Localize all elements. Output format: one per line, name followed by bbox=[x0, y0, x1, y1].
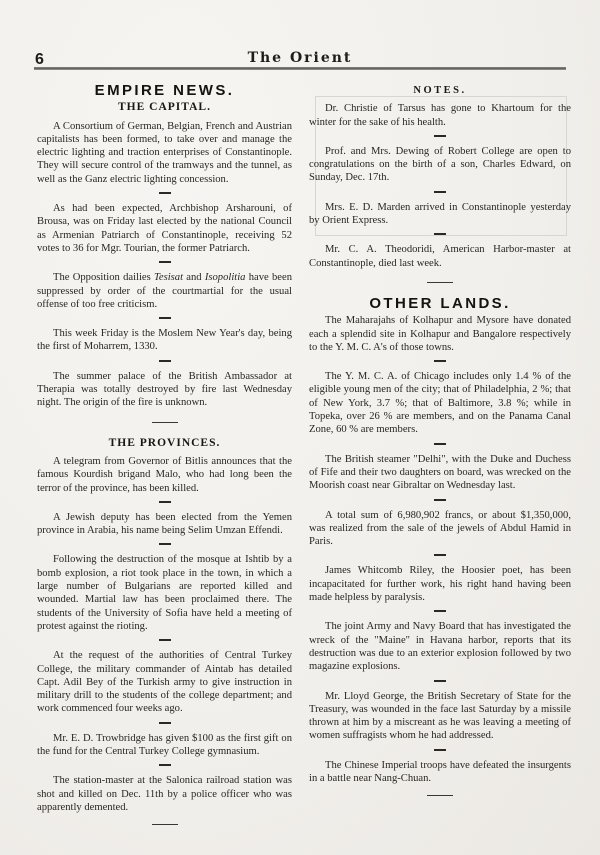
other-lands-items: The Maharajahs of Kolhapur and Mysore ha… bbox=[309, 314, 571, 785]
newspaper-page: 6 The Orient EMPIRE NEWS. THE CAPITAL. A… bbox=[0, 0, 600, 855]
notes-items: Dr. Christie of Tarsus has gone to Khart… bbox=[309, 102, 571, 270]
article-separator bbox=[159, 543, 171, 545]
section-title-other-lands: OTHER LANDS. bbox=[309, 297, 571, 310]
article-separator bbox=[159, 764, 171, 766]
article-separator bbox=[159, 261, 171, 263]
subsection-title-capital: THE CAPITAL. bbox=[37, 101, 292, 114]
left-column: EMPIRE NEWS. THE CAPITAL. A Consortium o… bbox=[37, 84, 292, 839]
article-separator bbox=[434, 135, 446, 137]
article-separator bbox=[434, 680, 446, 682]
article-separator bbox=[159, 192, 171, 194]
news-item: Mr. E. D. Trowbridge has given $100 as t… bbox=[37, 732, 292, 759]
article-separator bbox=[159, 722, 171, 724]
news-item: Prof. and Mrs. Dewing of Robert College … bbox=[309, 145, 571, 185]
section-end-rule bbox=[427, 282, 453, 283]
news-item: The summer palace of the British Ambassa… bbox=[37, 370, 292, 410]
news-item: Following the destruction of the mosque … bbox=[37, 553, 292, 633]
masthead-title: The Orient bbox=[0, 50, 600, 66]
news-item: A total sum of 6,980,902 francs, or abou… bbox=[309, 509, 571, 549]
news-item: The station-master at the Salonica railr… bbox=[37, 774, 292, 814]
article-separator bbox=[434, 749, 446, 751]
news-item: James Whitcomb Riley, the Hoosier poet, … bbox=[309, 564, 571, 604]
section-end-rule bbox=[152, 422, 178, 423]
news-item: Mr. C. A. Theodoridi, American Harbor-ma… bbox=[309, 243, 571, 270]
news-item: As had been expected, Archbishop Arsharo… bbox=[37, 202, 292, 255]
news-item: The British steamer "Delhi", with the Du… bbox=[309, 453, 571, 493]
column-end-rule bbox=[152, 824, 178, 825]
right-column: NOTES. Dr. Christie of Tarsus has gone t… bbox=[309, 84, 571, 810]
column-end-rule bbox=[427, 795, 453, 796]
subsection-title-provinces: THE PROVINCES. bbox=[37, 437, 292, 450]
news-item: The Y. M. C. A. of Chicago includes only… bbox=[309, 370, 571, 436]
article-separator bbox=[434, 233, 446, 235]
article-separator bbox=[159, 501, 171, 503]
news-item: The Maharajahs of Kolhapur and Mysore ha… bbox=[309, 314, 571, 354]
news-item: At the request of the authorities of Cen… bbox=[37, 649, 292, 715]
news-item: Mr. Lloyd George, the British Secretary … bbox=[309, 690, 571, 743]
news-item: Mrs. E. D. Marden arrived in Constantino… bbox=[309, 201, 571, 228]
article-separator bbox=[434, 191, 446, 193]
news-item: This week Friday is the Moslem New Year'… bbox=[37, 327, 292, 354]
news-item: The Chinese Imperial troops have defeate… bbox=[309, 759, 571, 786]
article-separator bbox=[159, 639, 171, 641]
section-title-empire-news: EMPIRE NEWS. bbox=[37, 84, 292, 97]
header-rule bbox=[34, 67, 566, 70]
article-separator bbox=[434, 360, 446, 362]
news-item: The Opposition dailies Tesisat and Isopo… bbox=[37, 271, 292, 311]
news-item: The joint Army and Navy Board that has i… bbox=[309, 620, 571, 673]
news-item: A telegram from Governor of Bitlis annou… bbox=[37, 455, 292, 495]
article-separator bbox=[434, 443, 446, 445]
news-item: Dr. Christie of Tarsus has gone to Khart… bbox=[309, 102, 571, 129]
news-item: A Jewish deputy has been elected from th… bbox=[37, 511, 292, 538]
provinces-items: A telegram from Governor of Bitlis annou… bbox=[37, 455, 292, 814]
article-separator bbox=[159, 317, 171, 319]
article-separator bbox=[434, 499, 446, 501]
article-separator bbox=[434, 554, 446, 556]
article-separator bbox=[434, 610, 446, 612]
news-item: A Consortium of German, Belgian, French … bbox=[37, 120, 292, 186]
capital-items: A Consortium of German, Belgian, French … bbox=[37, 120, 292, 410]
section-title-notes: NOTES. bbox=[309, 84, 571, 97]
article-separator bbox=[159, 360, 171, 362]
